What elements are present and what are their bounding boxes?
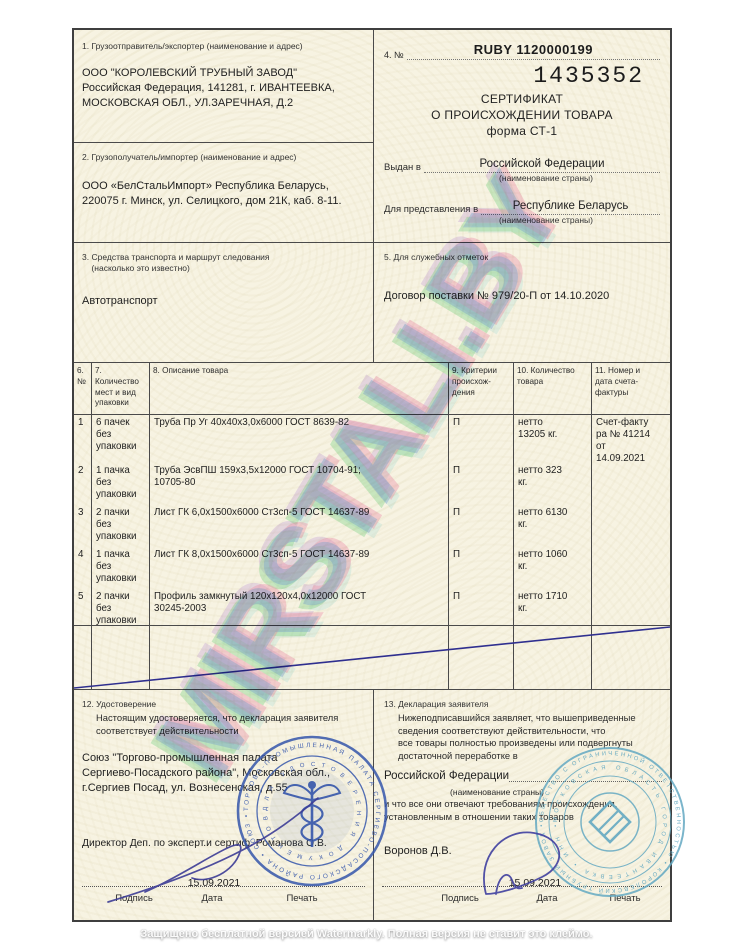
table-empty-row — [74, 625, 670, 689]
cell-number: 5 — [74, 589, 92, 625]
consignee-label: 2. Грузополучатель/импортер (наименовани… — [82, 152, 365, 163]
cell-number: 2 — [74, 463, 92, 505]
consignor-label: 1. Грузоотправитель/экспортер (наименова… — [82, 41, 365, 52]
cell-number: 3 — [74, 505, 92, 547]
table-body: 1 6 пачек без упаковки Труба Пр Уг 40х40… — [74, 415, 670, 625]
cell-quantity: нетто 1060 кг. — [514, 547, 592, 589]
table-row: 1 6 пачек без упаковки Труба Пр Уг 40х40… — [74, 415, 670, 463]
cell-description: Профиль замкнутый 120х120х4,0х12000 ГОСТ… — [150, 589, 449, 625]
cell-packages: 6 пачек без упаковки — [92, 415, 150, 463]
transport-label: 3. Средства транспорта и маршрут следова… — [82, 252, 365, 274]
header-origin-criteria: 9. Критерии происхож- дения — [449, 363, 514, 414]
cell-criteria: П — [449, 547, 514, 589]
consignor-block: 1. Грузоотправитель/экспортер (наименова… — [74, 30, 373, 142]
serial-number: 1435352 — [384, 63, 660, 89]
certification-label: 12. Удостоверение — [82, 699, 365, 710]
certifier-signature-stroke — [90, 790, 340, 908]
top-right-column: 4. № RUBY 1120000199 1435352 СЕРТИФИКАТ … — [374, 30, 670, 362]
presented-to-dotted-line: Республике Беларусь — [481, 196, 660, 215]
cell-invoice — [592, 505, 670, 547]
presented-to-label: Для представления в — [384, 204, 481, 215]
number-label: 4. № — [384, 50, 407, 60]
cell-packages: 1 пачка без упаковки — [92, 463, 150, 505]
issued-in-row: Выдан в Российской Федерации — [384, 154, 660, 173]
consignee-value: ООО «БелСтальИмпорт» Республика Беларусь… — [82, 179, 365, 209]
cell-description: Лист ГК 8,0х1500х6000 Ст3сп-5 ГОСТ 14637… — [150, 547, 449, 589]
issued-in-value: Российской Федерации — [479, 158, 604, 170]
cell-number: 1 — [74, 415, 92, 463]
header-description: 8. Описание товара — [150, 363, 449, 414]
cell-quantity: нетто 6130 кг. — [514, 505, 592, 547]
cell-packages: 2 пачки без упаковки — [92, 505, 150, 547]
cell-description: Труба ЭсвПШ 159х3,5х12000 ГОСТ 10704-91;… — [150, 463, 449, 505]
issued-in-dotted-line: Российской Федерации — [424, 154, 660, 173]
cell-invoice — [592, 589, 670, 625]
cell-criteria: П — [449, 505, 514, 547]
consignee-block: 2. Грузополучатель/импортер (наименовани… — [74, 142, 373, 242]
presented-to-value: Республике Беларусь — [513, 200, 629, 212]
cell-quantity: нетто 1710 кг. — [514, 589, 592, 625]
table-row: 2 1 пачка без упаковки Труба ЭсвПШ 159х3… — [74, 463, 670, 505]
table-row: 5 2 пачки без упаковки Профиль замкнутый… — [74, 589, 670, 625]
cell-packages: 2 пачки без упаковки — [92, 589, 150, 625]
service-marks-value: Договор поставки № 979/20-П от 14.10.202… — [384, 289, 660, 304]
header-invoice: 11. Номер и дата счета- фактуры — [592, 363, 670, 414]
header-packages: 7. Количество мест и вид упаковки — [92, 363, 150, 414]
table-header-row: 6. № 7. Количество мест и вид упаковки 8… — [74, 362, 670, 415]
cell-number: 4 — [74, 547, 92, 589]
issued-in-label: Выдан в — [384, 162, 424, 173]
transport-block: 3. Средства транспорта и маршрут следова… — [74, 242, 373, 362]
declaration-country: Российской Федерации — [384, 770, 509, 782]
header-number: 6. № — [74, 363, 92, 414]
declarant-name: Воронов Д.В. — [384, 845, 452, 857]
service-marks-block: 5. Для служебных отметок Договор поставк… — [374, 242, 670, 362]
issued-in-note: (наименование страны) — [462, 173, 630, 183]
declarant-signature-stroke — [470, 820, 590, 908]
consignor-value: ООО "КОРОЛЕВСКИЙ ТРУБНЫЙ ЗАВОД" Российск… — [82, 66, 365, 112]
company-logo-icon — [590, 802, 630, 842]
watermark-footer-caption: Защищено бесплатной версией Watermarkly.… — [0, 928, 733, 940]
cell-criteria: П — [449, 589, 514, 625]
cell-invoice — [592, 547, 670, 589]
top-left-column: 1. Грузоотправитель/экспортер (наименова… — [74, 30, 374, 362]
number-value: RUBY 1120000199 — [474, 42, 593, 57]
cell-invoice: Счет-факту ра № 41214 от 14.09.2021 — [592, 415, 670, 463]
presented-to-row: Для представления в Республике Беларусь — [384, 196, 660, 215]
number-row: 4. № RUBY 1120000199 — [384, 42, 660, 60]
top-section: 1. Грузоотправитель/экспортер (наименова… — [74, 30, 670, 362]
cell-criteria: П — [449, 415, 514, 463]
number-dotted-line: RUBY 1120000199 — [407, 42, 660, 60]
cell-criteria: П — [449, 463, 514, 505]
cell-invoice — [592, 463, 670, 505]
table-row: 3 2 пачки без упаковки Лист ГК 6,0х1500х… — [74, 505, 670, 547]
cell-description: Лист ГК 6,0х1500х6000 Ст3сп-5 ГОСТ 14637… — [150, 505, 449, 547]
cell-quantity: нетто 13205 кг. — [514, 415, 592, 463]
certificate-title: СЕРТИФИКАТ О ПРОИСХОЖДЕНИИ ТОВАРА форма … — [384, 92, 660, 139]
cell-quantity: нетто 323 кг. — [514, 463, 592, 505]
service-marks-label: 5. Для служебных отметок — [384, 252, 660, 263]
declaration-label: 13. Декларация заявителя — [384, 699, 660, 710]
certificate-number-block: 4. № RUBY 1120000199 1435352 СЕРТИФИКАТ … — [374, 30, 670, 242]
header-quantity: 10. Количество товара — [514, 363, 592, 414]
void-diagonal-line — [74, 626, 670, 689]
presented-to-note: (наименование страны) — [462, 215, 630, 225]
cell-packages: 1 пачка без упаковки — [92, 547, 150, 589]
cell-description: Труба Пр Уг 40х40х3,0х6000 ГОСТ 8639-82 — [150, 415, 449, 463]
table-row: 4 1 пачка без упаковки Лист ГК 8,0х1500х… — [74, 547, 670, 589]
transport-value: Автотранспорт — [82, 294, 365, 309]
